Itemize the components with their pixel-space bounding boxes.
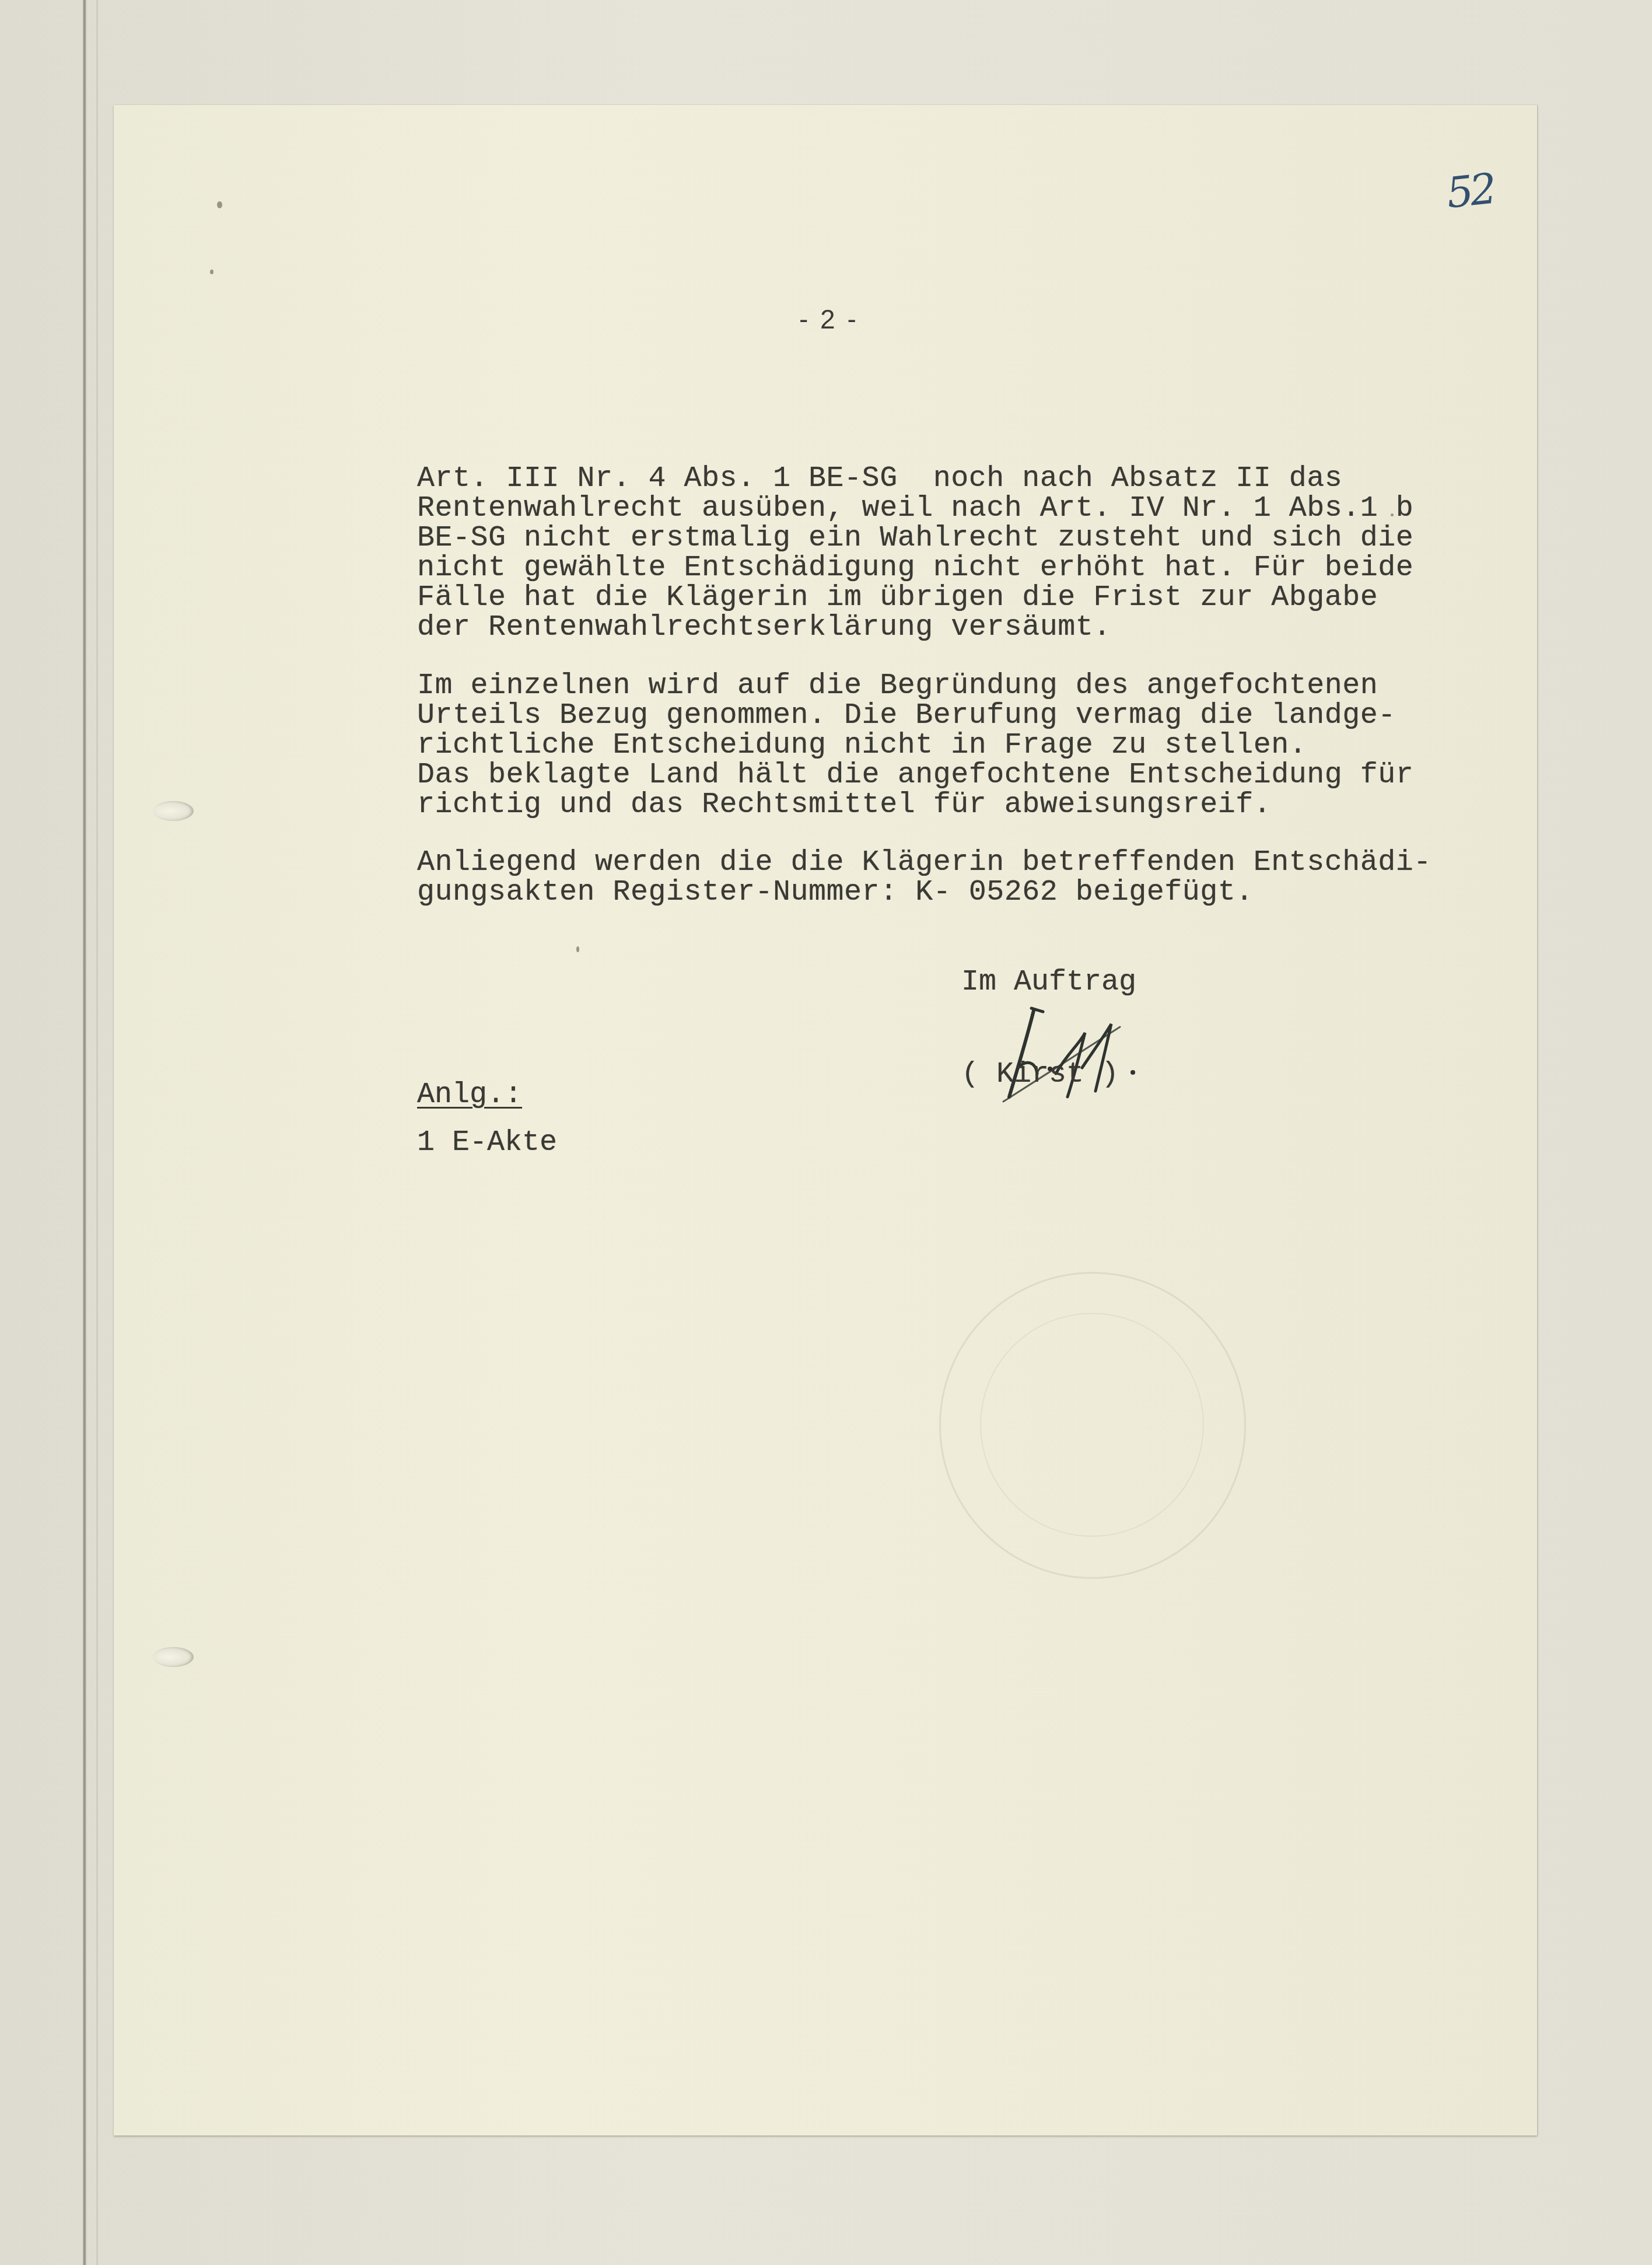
text-line: richtliche Entscheidung nicht in Frage z…	[417, 730, 1413, 760]
closing-formula: Im Auftrag	[961, 966, 1136, 999]
paragraph-2: Im einzelnen wird auf die Begründung des…	[417, 671, 1413, 820]
binder-edge-inner	[96, 0, 98, 2265]
text-line: Urteils Bezug genommen. Die Berufung ver…	[417, 701, 1413, 730]
punch-hole-bottom	[153, 1647, 194, 1667]
text-line: Fälle hat die Klägerin im übrigen die Fr…	[417, 583, 1413, 613]
document-page	[114, 105, 1537, 2135]
text-line: Rentenwahlrecht ausüben, weil nach Art. …	[417, 494, 1413, 523]
text-line: gungsakten Register-Nummer: K- 05262 bei…	[417, 878, 1431, 907]
paper-speck	[576, 946, 579, 952]
punch-hole-top	[153, 801, 194, 821]
text-line: Anliegend werden die die Klägerin betref…	[417, 848, 1431, 878]
enclosure-item: 1 E-Akte	[417, 1126, 557, 1159]
binder-edge	[83, 0, 86, 2265]
text-line: Das beklagte Land hält die angefochtene …	[417, 760, 1413, 790]
paragraph-1: Art. III Nr. 4 Abs. 1 BE-SG noch nach Ab…	[417, 464, 1413, 642]
signatory-name: ( Kirst )	[961, 1058, 1119, 1091]
paper-speck	[217, 201, 222, 208]
paper-speck	[210, 270, 213, 274]
text-line: nicht gewählte Entschädigung nicht erhöh…	[417, 553, 1413, 583]
faint-embossed-stamp-inner	[980, 1313, 1204, 1537]
text-line: Art. III Nr. 4 Abs. 1 BE-SG noch nach Ab…	[417, 464, 1413, 494]
handwritten-folio-number: 52	[1444, 164, 1496, 218]
enclosure-label: Anlg.:	[417, 1078, 522, 1111]
text-line: richtig und das Rechtsmittel für abweisu…	[417, 790, 1413, 820]
text-line: Im einzelnen wird auf die Begründung des…	[417, 671, 1413, 701]
text-line: der Rentenwahlrechtserklärung versäumt.	[417, 613, 1413, 642]
page-number-header: - 2 -	[799, 303, 859, 335]
paragraph-3: Anliegend werden die die Klägerin betref…	[417, 848, 1431, 907]
text-line: BE-SG nicht erstmalig ein Wahlrecht zust…	[417, 523, 1413, 553]
